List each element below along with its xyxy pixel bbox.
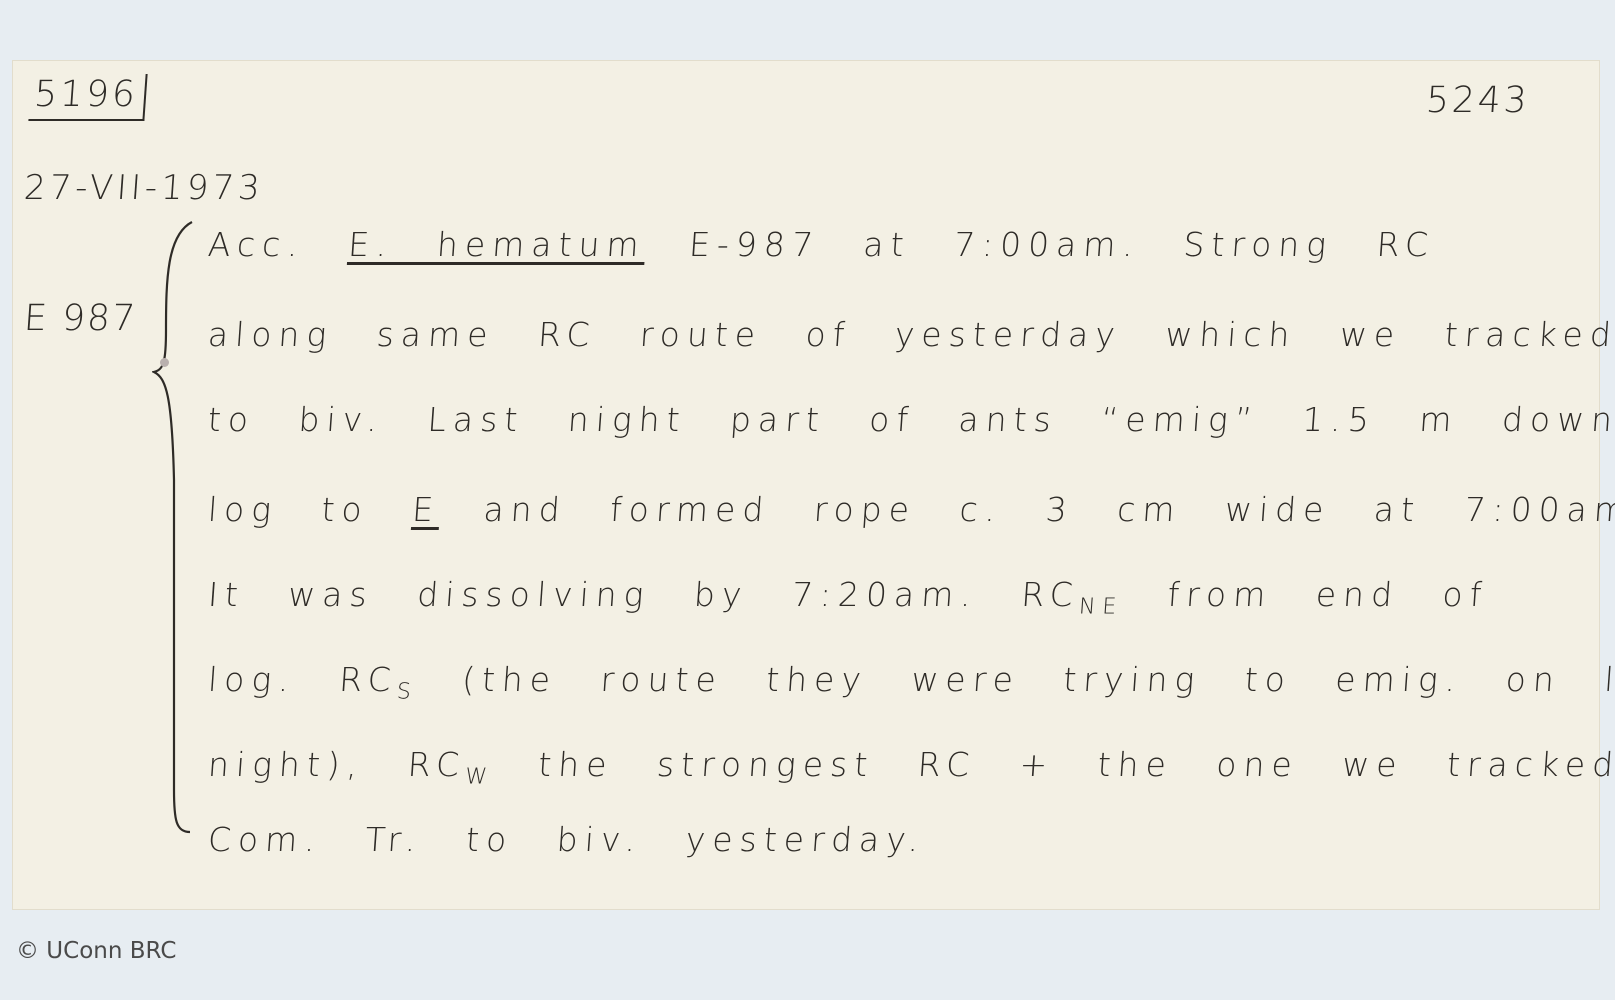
note-line-7: night), RCW the strongest RC + the one w… (206, 745, 1615, 790)
copyright-credit: © UConn BRC (16, 938, 176, 964)
card-number-left: 5196 (28, 74, 147, 121)
note-line-5: It was dissolving by 7:20am. RCNE from e… (206, 575, 1489, 620)
margin-label: E 987 (23, 298, 139, 339)
card-number-right: 5243 (1425, 80, 1531, 121)
note-line-6: log. RCS (the route they were trying to … (206, 660, 1615, 705)
ink-spot (160, 358, 169, 367)
note-line-4: log to E and formed rope c. 3 cm wide at… (207, 490, 1615, 529)
note-line-8: Com. Tr. to biv. yesterday. (207, 820, 927, 859)
date: 27-VII-1973 (23, 168, 265, 208)
note-line-1: Acc. E. hematum E-987 at 7:00am. Strong … (207, 225, 1437, 264)
index-card: 5196 5243 27-VII-1973 E 987 Acc. E. hema… (12, 60, 1600, 910)
note-line-3: to biv. Last night part of ants “emig” 1… (207, 400, 1615, 439)
curly-brace-icon (152, 220, 212, 840)
note-line-2: along same RC route of yesterday which w… (207, 315, 1615, 354)
